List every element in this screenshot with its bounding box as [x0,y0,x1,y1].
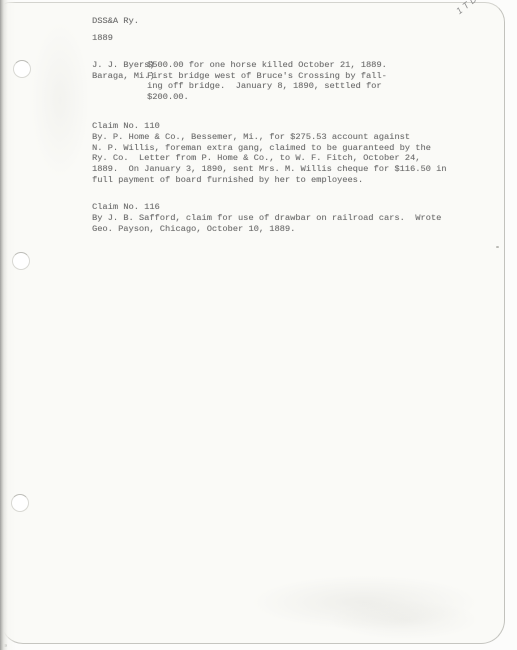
scan-speck [2,644,7,647]
typewritten-line: $200.00. [147,92,387,103]
typewritten-line: J. J. Byers) [92,60,155,71]
typewritten-line: 1889. On January 3, 1890, sent Mrs. M. W… [92,164,447,175]
claim-110-heading: Claim No. 110 [92,121,160,132]
typewritten-line: $500.00 for one horse killed October 21,… [147,60,387,71]
typewritten-line: ing off bridge. January 8, 1890, settled… [147,81,387,92]
claim-116-heading: Claim No. 116 [92,202,160,213]
typewritten-line: Ry. Co. Letter from P. Home & Co., to W.… [92,153,447,164]
typewritten-line: By. P. Home & Co., Bessemer, Mi., for $2… [92,132,447,143]
typewritten-line: Geo. Payson, Chicago, October 10, 1889. [92,224,441,235]
typewritten-line: Baraga, Mi.) [92,71,155,82]
punch-hole-middle [12,252,30,270]
typewritten-line: First bridge west of Bruce's Crossing by… [147,71,387,82]
railroad-title: DSS&A Ry. [92,16,139,27]
claim-116-body: By J. B. Safford, claim for use of drawb… [92,213,441,234]
typewritten-line: By J. B. Safford, claim for use of drawb… [92,213,441,224]
scan-speck [496,246,499,248]
punch-hole-bottom [11,494,29,512]
byers-claimant-column: J. J. Byers)Baraga, Mi.) [92,60,155,81]
typewritten-line: N. P. Willis, foreman extra gang, claime… [92,143,447,154]
typewritten-line: full payment of board furnished by her t… [92,175,447,186]
year-heading: 1889 [92,33,113,44]
punch-hole-top [13,60,31,78]
byers-description-column: $500.00 for one horse killed October 21,… [147,60,387,103]
scanned-document: { "page": { "corner_mark": "1TD", "heade… [0,0,517,650]
claim-110-body: By. P. Home & Co., Bessemer, Mi., for $2… [92,132,447,186]
